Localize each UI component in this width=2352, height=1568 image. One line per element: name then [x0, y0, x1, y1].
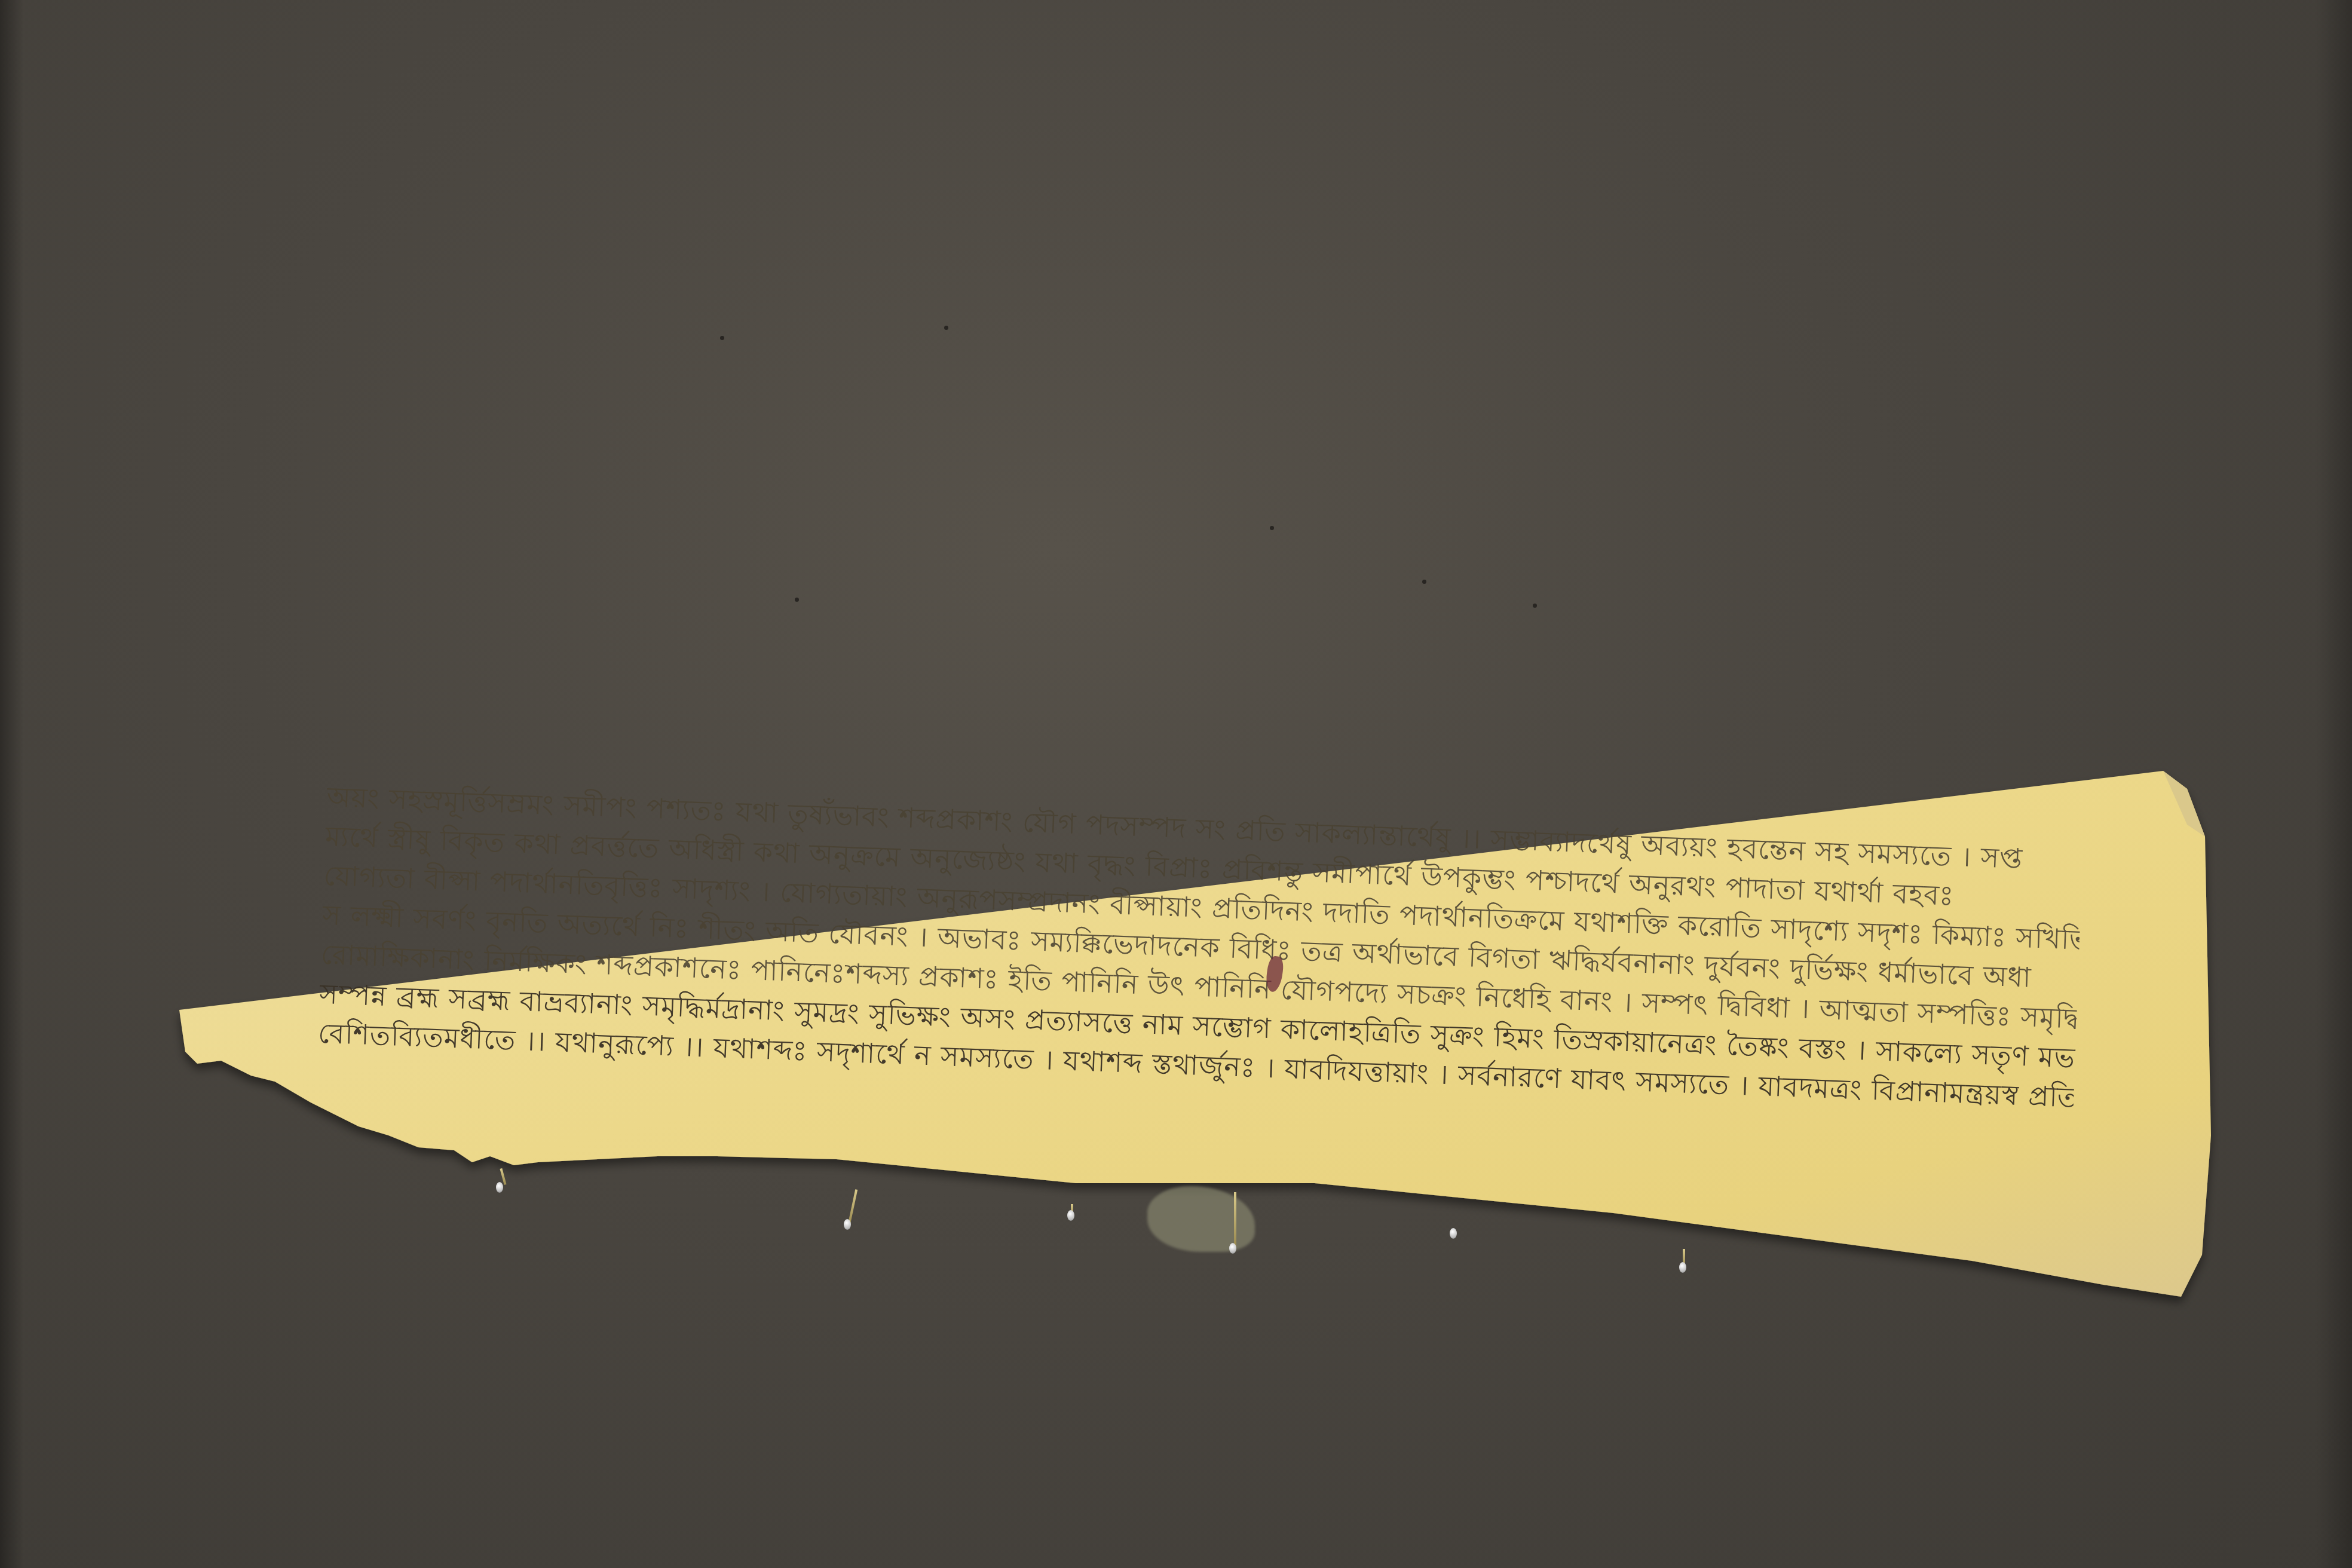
pin-shaft — [1234, 1192, 1236, 1246]
pin-head-icon — [496, 1182, 503, 1193]
pin-head-icon — [1450, 1228, 1457, 1239]
manuscript-leaf: অয়ং সহস্রমূর্ত্তিসম্রমং সমীপং পশ্যতঃ যথ… — [0, 0, 2352, 1568]
pin-head-icon — [1067, 1210, 1074, 1221]
pin-head-icon — [844, 1219, 851, 1230]
pin-head-icon — [1229, 1243, 1236, 1254]
pin-head-icon — [1679, 1262, 1686, 1273]
